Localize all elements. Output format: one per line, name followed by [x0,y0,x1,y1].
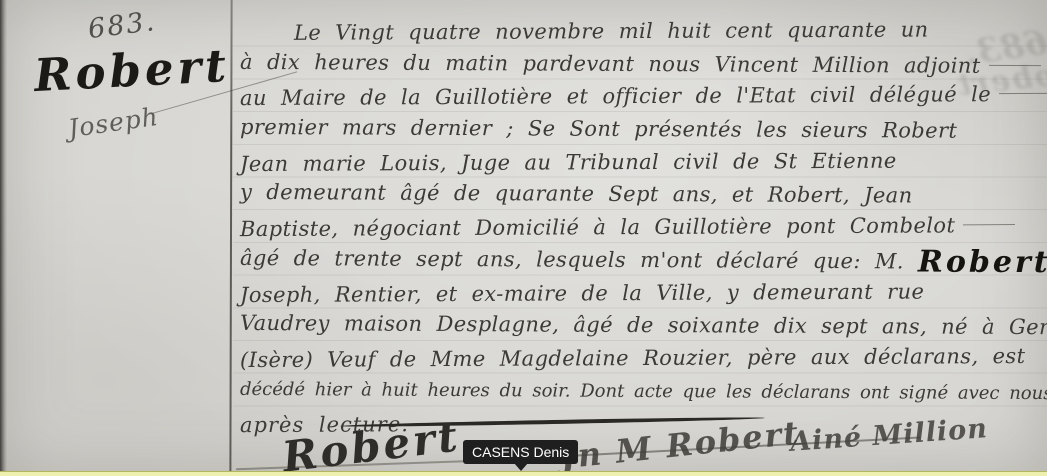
line-text: premier mars dernier ; Se Sont présentés… [240,115,957,143]
line-text: Le Vingt quatre novembre mil huit cent q… [294,18,929,45]
manuscript-line: y demeurant âgé de quarante Sept ans, et… [240,176,1045,213]
register-scan: 683. Robert Joseph 683. Robert Le Vingt … [0,0,1047,476]
manuscript-line: Baptiste, négociant Domicilié à la Guill… [240,209,1045,246]
name-tooltip: CASENS Denis [463,440,578,464]
act-number: 683. [86,6,157,45]
manuscript-line: premier mars dernier ; Se Sont présentés… [240,111,1045,148]
manuscript-line: âgé de trente sept ans, lesquels m'ont d… [240,242,1045,279]
manuscript-line: Le Vingt quatre novembre mil huit cent q… [240,13,1045,50]
line-text: y demeurant âgé de quarante Sept ans, et… [240,180,913,208]
act-text-block: Le Vingt quatre novembre mil huit cent q… [240,15,1045,440]
line-text: Vaudrey maison Desplagne, âgé de soixant… [240,311,1047,339]
line-text: décédé hier à huit heures du soir. Dont … [240,378,1047,403]
manuscript-line: à dix heures du matin pardevant nous Vin… [240,46,1045,83]
line-text: Joseph, Rentier, et ex-maire de la Ville… [240,279,924,307]
manuscript-line: Vaudrey maison Desplagne, âgé de soixant… [240,307,1045,344]
tooltip-pointer-icon [514,463,528,471]
manuscript-line: Jean marie Louis, Juge au Tribunal civil… [240,144,1045,181]
line-text: (Isère) Veuf de Mme Magdelaine Rouzier, … [240,344,1026,372]
manuscript-line: décédé hier à huit heures du soir. Dont … [240,372,1045,409]
scan-left-edge [0,0,7,476]
margin-given-name: Joseph [66,102,160,143]
line-text: au Maire de la Guillotière et officier d… [240,83,991,111]
margin-surname: Robert [33,39,232,102]
selection-highlight-bottom [0,471,1047,476]
line-text: Baptiste, négociant Domicilié à la Guill… [240,213,955,241]
line-text: Jean marie Louis, Juge au Tribunal civil… [240,148,897,175]
line-text: à dix heures du matin pardevant nous Vin… [240,50,981,78]
line-text: âgé de trente sept ans, lesquels m'ont d… [240,246,918,274]
manuscript-line: Joseph, Rentier, et ex-maire de la Ville… [240,274,1045,311]
tooltip-label: CASENS Denis [472,444,569,460]
manuscript-line: au Maire de la Guillotière et officier d… [240,78,1045,115]
manuscript-line: (Isère) Veuf de Mme Magdelaine Rouzier, … [240,340,1045,377]
